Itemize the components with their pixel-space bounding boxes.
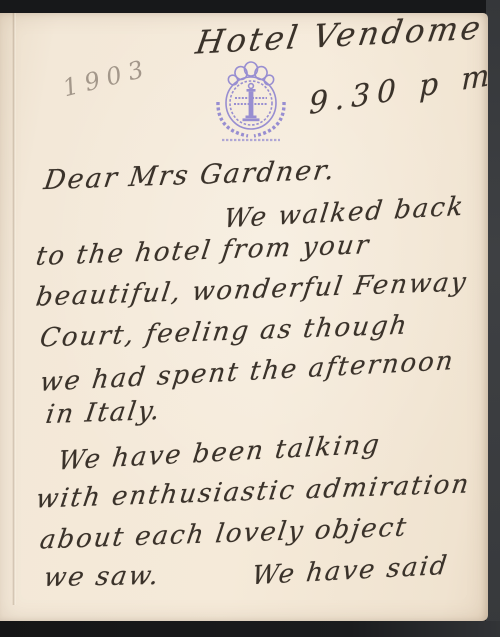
hotel-crest-stamp-icon (204, 60, 298, 148)
scanned-letter-page: Hotel Vendome 1903 9.30 p m Dear Mrs Gar… (0, 0, 500, 637)
letter-line: we saw. (42, 561, 163, 593)
scanner-backdrop-bottom (0, 621, 500, 637)
letter-line: in Italy. (44, 396, 164, 430)
page-fold-crease (12, 13, 16, 605)
scanner-backdrop-right (486, 0, 500, 637)
